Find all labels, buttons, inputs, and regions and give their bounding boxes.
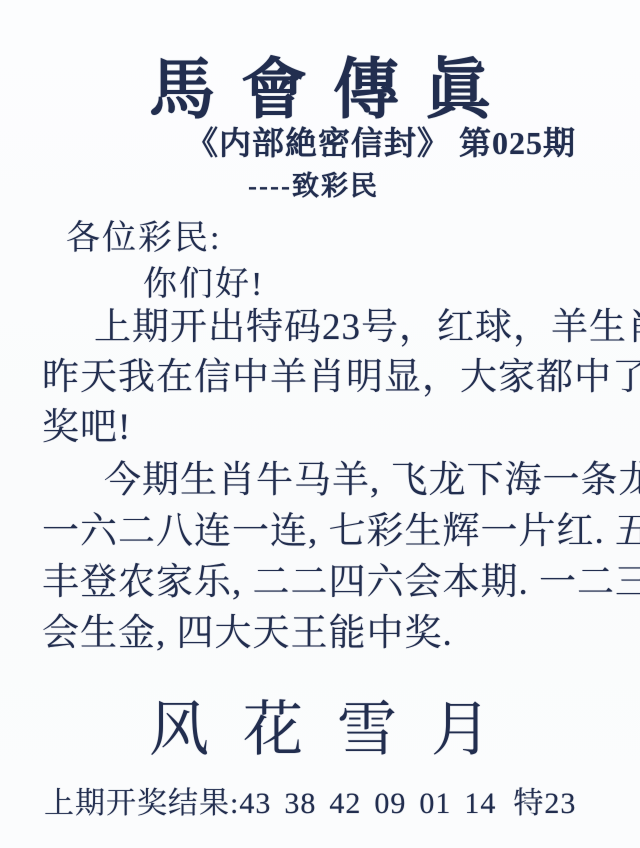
previous-draw-result-line: 上期开奖结果:433842090114特23	[44, 778, 576, 822]
paragraph-line: 会生金, 四大天王能中奖.	[42, 608, 626, 659]
result-number: 38	[284, 787, 316, 821]
fax-letter-sheet: 馬會傳眞 《内部絶密信封》 第025期 ----致彩民 各位彩民: 你们好! 上…	[0, 0, 640, 848]
issue-subtitle: 《内部絶密信封》 第025期	[186, 118, 576, 164]
dedication-line: ----致彩民	[248, 164, 379, 203]
paragraph-line: 上期开出特码23号，红球，羊生肖。	[42, 303, 626, 353]
paragraph-line: 一六二八连一连, 七彩生辉一片红. 五谷	[42, 506, 626, 557]
highlight-phrase: 风花雪月	[0, 682, 640, 768]
special-number: 23	[544, 787, 576, 820]
result-number: 14	[464, 787, 496, 821]
result-number: 42	[329, 787, 361, 821]
paragraph-line: 丰登农家乐, 二二四六会本期. 一二三四	[42, 557, 626, 608]
paragraph-line: 奖吧!	[42, 403, 626, 453]
paragraph-line: 昨天我在信中羊肖明显，大家都中了大	[42, 353, 626, 403]
result-number: 43	[239, 787, 271, 821]
page-title: 馬會傳眞	[0, 36, 640, 131]
salutation: 各位彩民:	[66, 210, 221, 259]
special-number-label: 特	[513, 787, 544, 820]
result-number: 09	[374, 787, 406, 821]
paragraph-previous-result: 上期开出特码23号，红球，羊生肖。 昨天我在信中羊肖明显，大家都中了大 奖吧!	[42, 303, 626, 453]
paragraph-line: 今期生肖牛马羊, 飞龙下海一条龙.	[42, 455, 626, 506]
result-label: 上期开奖结果:	[44, 787, 239, 820]
result-number: 01	[419, 787, 451, 821]
greeting-line: 你们好!	[143, 256, 264, 305]
paragraph-current-tips: 今期生肖牛马羊, 飞龙下海一条龙. 一六二八连一连, 七彩生辉一片红. 五谷 丰…	[42, 455, 626, 659]
